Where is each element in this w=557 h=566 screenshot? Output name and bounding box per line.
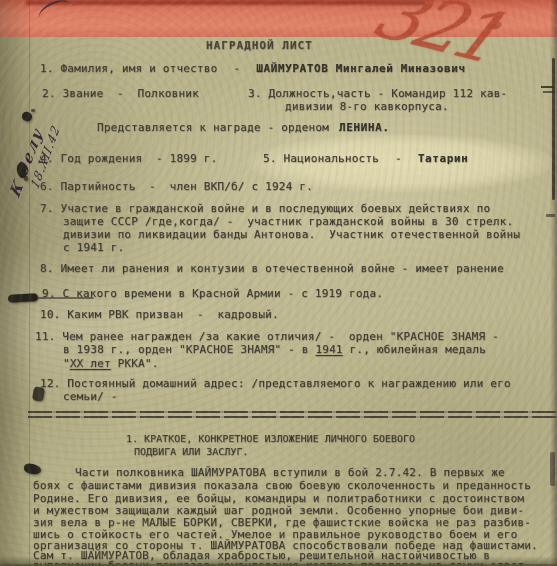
field-position-line2: дивизии 8-го кавкорпуса. bbox=[285, 100, 449, 113]
field-home-address-line2: семьи/ - bbox=[63, 390, 118, 403]
double-rule-separator bbox=[28, 411, 557, 419]
field-prior-awards-line3: "ХХ лет РККА". bbox=[63, 357, 159, 370]
prior-awards-medal-underlined: ХХ лет bbox=[70, 357, 111, 370]
field-civil-war-line2: защите СССР /где,когда/ - участник гражд… bbox=[63, 215, 513, 228]
section-heading-line2: ПОДВИГА ИЛИ ЗАСЛУГ. bbox=[134, 446, 248, 459]
right-edge-line bbox=[550, 452, 555, 486]
narrative-line: боях с фашистами дивизия показала свою б… bbox=[33, 479, 531, 492]
separator-line-bottom bbox=[28, 416, 557, 418]
field-prior-awards-line2: в 1938 г., орден "КРАСНОЕ ЗНАМЯ" - в 194… bbox=[63, 343, 486, 356]
separator-line-top bbox=[28, 411, 557, 413]
red-band-dark-edge bbox=[26, 0, 426, 5]
award-presentation-line: Представляется к награде - орденомЛЕНИНА… bbox=[97, 121, 390, 134]
field-position-line1: 3. Должность,часть - Командир 112 кав- bbox=[248, 87, 507, 100]
margin-dash-mark bbox=[8, 293, 38, 303]
prior-awards-line2-pre: в 1938 г., орден "КРАСНОЕ ЗНАМЯ" - в bbox=[63, 343, 315, 356]
document-title: НАГРАДНОЙ ЛИСТ bbox=[206, 39, 313, 52]
nationality-label: 5. Национальность bbox=[263, 152, 379, 165]
field-civil-war-line1: 7. Участие в гражданской войне и в после… bbox=[40, 202, 490, 215]
prior-awards-line3-post: РККА". bbox=[111, 357, 159, 370]
margin-dash-tail bbox=[36, 297, 94, 299]
left-page-shadow bbox=[0, 0, 32, 566]
field-name-label: 1. Фамилия, имя и отчество bbox=[40, 62, 217, 75]
right-edge-line bbox=[552, 58, 555, 200]
right-edge-equals-mark bbox=[543, 91, 554, 93]
award-prefix: Представляется к награде - орденом bbox=[97, 121, 329, 134]
field-nationality: 5. Национальность-Татарин bbox=[263, 152, 468, 165]
field-rank: 2. Звание - Полковник bbox=[42, 87, 199, 100]
ink-speck bbox=[24, 176, 28, 181]
field-name-value: ШАЙМУРАТОВ Мингалей Миназович bbox=[256, 62, 465, 75]
right-edge-equals-mark bbox=[541, 86, 554, 88]
field-name: 1. Фамилия, имя и отчество-ШАЙМУРАТОВ Ми… bbox=[40, 62, 466, 75]
award-name: ЛЕНИНА. bbox=[339, 121, 390, 134]
field-home-address-line1: 12. Постоянный домашний адрес: /представ… bbox=[40, 377, 511, 390]
field-drafted-by: 10. Каким РВК призван - кадровый. bbox=[40, 308, 279, 321]
prior-awards-line3-pre: " bbox=[63, 357, 70, 370]
field-party-membership: 6. Партийность - член ВКП/б/ с 1924 г. bbox=[40, 180, 313, 193]
field-birth-year: 4. Год рождения - 1899 г. bbox=[40, 152, 217, 165]
right-edge-dash bbox=[546, 214, 555, 217]
award-sheet-scan: 321 К делу 18.XII.42 НАГРАДНОЙ ЛИСТ 1. Ф… bbox=[0, 0, 557, 566]
nationality-dash: - bbox=[395, 152, 402, 165]
nationality-value: Татарин bbox=[418, 152, 469, 165]
left-crease-line bbox=[29, 0, 30, 566]
field-civil-war-line3: дивизии по ликвидации банды Антонова. Уч… bbox=[63, 228, 520, 241]
prior-awards-line2-post: г., юбилейная медаль bbox=[343, 343, 486, 356]
narrative-line: Части полковника ШАЙМУРАТОВА вступили в … bbox=[75, 466, 505, 479]
field-name-dash: - bbox=[233, 62, 240, 75]
field-civil-war-line4: с 1941 г. bbox=[63, 241, 124, 254]
section-heading-line1: 1. КРАТКОЕ, КОНКРЕТНОЕ ИЗЛОЖЕНИЕ ЛИЧНОГО… bbox=[126, 433, 415, 446]
field-prior-awards-line1: 11. Чем ранее награжден /за какие отличи… bbox=[35, 330, 499, 343]
ink-speck bbox=[31, 109, 35, 112]
prior-awards-year-underlined: 1941 bbox=[315, 343, 342, 356]
field-wounds: 8. Имеет ли ранения и контузии в отечест… bbox=[40, 262, 504, 275]
ink-scribble bbox=[32, 386, 45, 402]
